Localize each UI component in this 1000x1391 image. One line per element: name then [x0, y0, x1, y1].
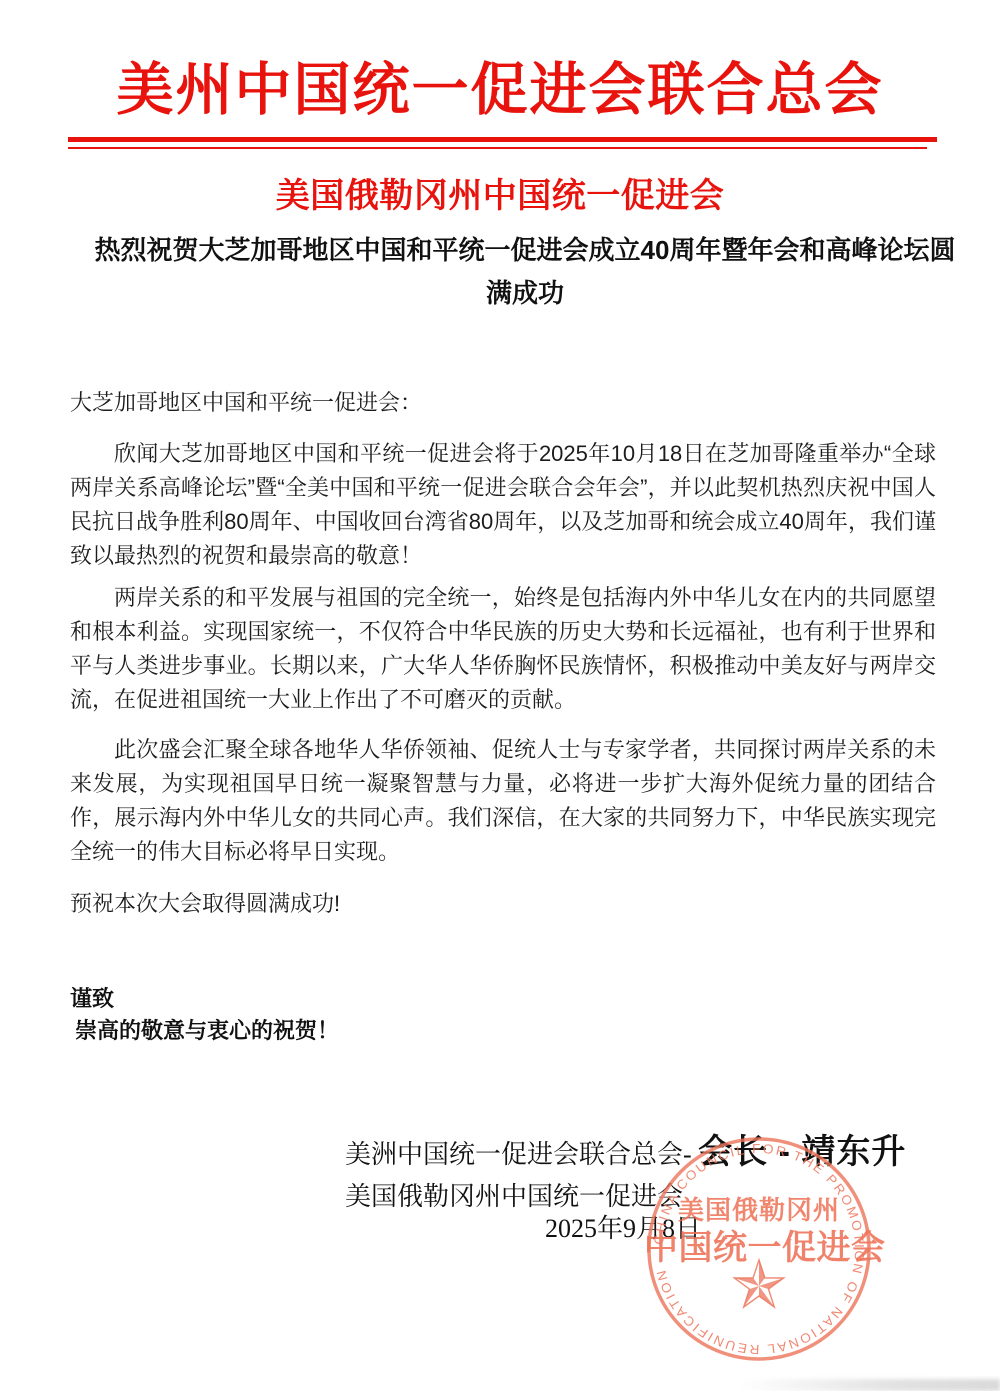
signature-federation-org: 美洲中国统一促进会联合总会- [345, 1140, 692, 1169]
closing-line1: 谨致 [70, 983, 570, 1015]
paragraph: 欣闻大芝加哥地区中国和平统一促进会将于2025年10月18日在芝加哥隆重举办“全… [70, 437, 936, 573]
letterhead-title: 美州中国统一促进会联合总会 [0, 44, 1000, 126]
letterhead-rule-thick [68, 137, 937, 142]
letterhead-rule-thin [68, 147, 927, 149]
paragraph: 两岸关系的和平发展与祖国的完全统一，始终是包括海内外中华儿女在内的共同愿望和根本… [70, 581, 936, 717]
letter-subject: 热烈祝贺大芝加哥地区中国和平统一促进会成立40周年暨年会和高峰论坛圆满成功 [90, 229, 960, 315]
sender-org-title: 美国俄勒冈州中国统一促进会 [0, 168, 1000, 217]
organization-seal: CHINA COUNCIL FOR THE PROMOTION OF NATIO… [644, 1134, 874, 1364]
paragraph: 此次盛会汇聚全球各地华人华侨领袖、促统人士与专家学者，共同探讨两岸关系的未来发展… [70, 733, 936, 869]
scan-edge-shadow [740, 1379, 1000, 1391]
wish-line: 预祝本次大会取得圆满成功! [70, 887, 936, 921]
seal-inner-line2: 中国统一促进会 [644, 1220, 874, 1269]
closing-block: 谨致 崇高的敬意与衷心的祝贺！ [70, 983, 570, 1047]
salutation: 大芝加哥地区中国和平统一促进会： [70, 386, 936, 420]
letter-page: 美州中国统一促进会联合总会 美国俄勒冈州中国统一促进会 热烈祝贺大芝加哥地区中国… [0, 0, 1000, 1391]
closing-line2: 崇高的敬意与衷心的祝贺！ [70, 1015, 570, 1047]
